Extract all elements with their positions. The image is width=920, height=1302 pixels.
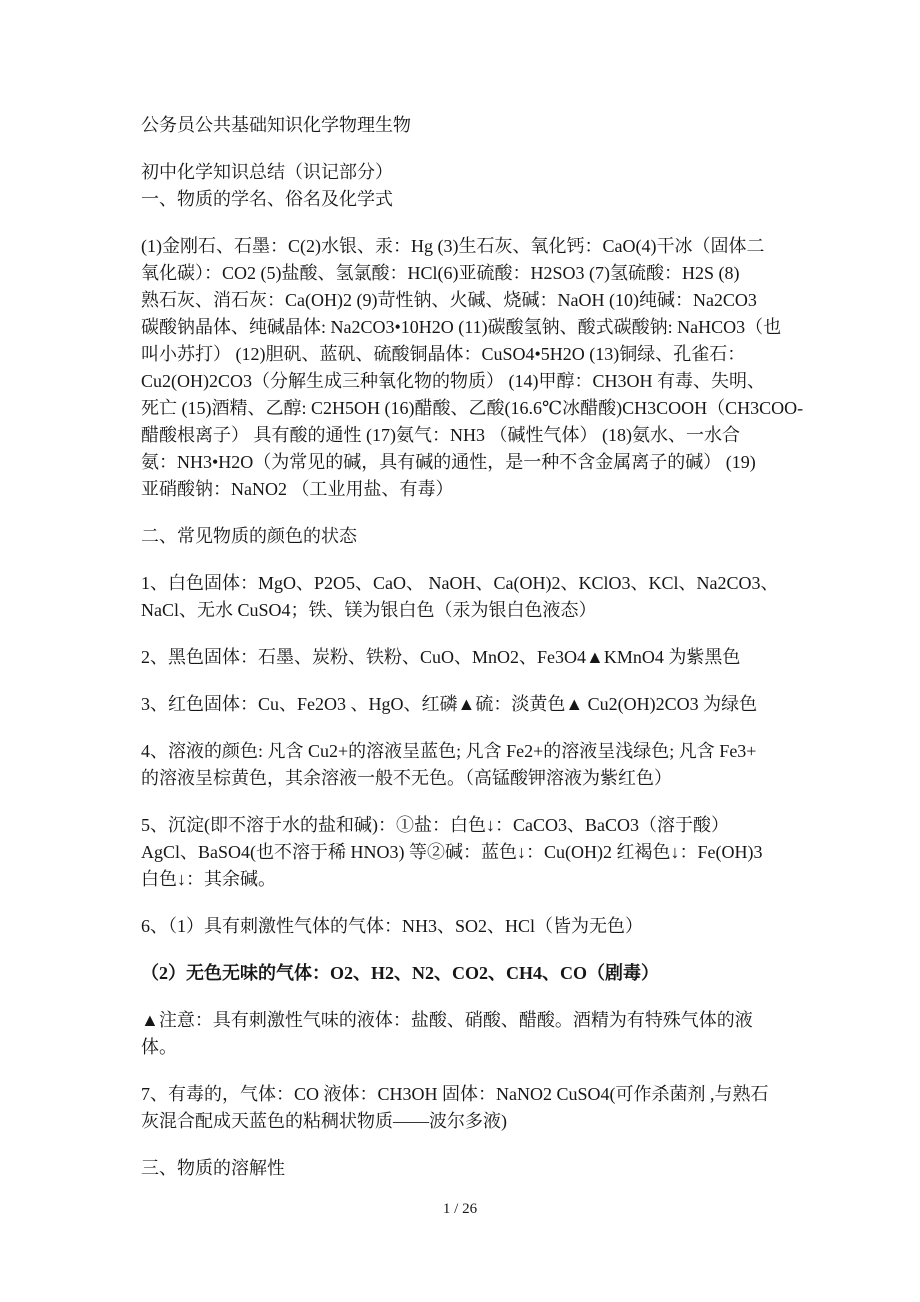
item-toxic-substances: 7、有毒的，气体：CO 液体：CH3OH 固体：NaNO2 CuSO4(可作杀菌…	[141, 1081, 841, 1135]
document-title: 公务员公共基础知识化学物理生物	[141, 112, 841, 139]
document-content: 公务员公共基础知识化学物理生物 初中化学知识总结（识记部分） 一、物质的学名、俗…	[141, 112, 841, 1202]
subtitle-and-section-heading-names: 初中化学知识总结（识记部分） 一、物质的学名、俗名及化学式	[141, 159, 841, 213]
page-number: 1 / 26	[0, 1199, 920, 1219]
item-black-solids: 2、黑色固体：石墨、炭粉、铁粉、CuO、MnO2、Fe3O4▲KMnO4 为紫黑…	[141, 644, 841, 671]
item-irritating-gases: 6、（1）具有刺激性气体的气体：NH3、SO2、HCl（皆为无色）	[141, 913, 841, 940]
item-precipitates: 5、沉淀(即不溶于水的盐和碱)：①盐：白色↓：CaCO3、BaCO3（溶于酸） …	[141, 812, 841, 893]
item-colorless-odorless-gases: （2）无色无味的气体：O2、H2、N2、CO2、CH4、CO（剧毒）	[141, 960, 841, 987]
section-heading-colors-states: 二、常见物质的颜色的状态	[141, 523, 841, 550]
paragraph-names-and-formulas: (1)金刚石、石墨：C(2)水银、汞：Hg (3)生石灰、氧化钙：CaO(4)干…	[141, 233, 841, 503]
note-irritating-liquids: ▲注意：具有刺激性气味的液体：盐酸、硝酸、醋酸。酒精为有特殊气体的液 体。	[141, 1007, 841, 1061]
document-page: 公务员公共基础知识化学物理生物 初中化学知识总结（识记部分） 一、物质的学名、俗…	[0, 0, 920, 1302]
item-red-solids: 3、红色固体：Cu、Fe2O3 、HgO、红磷▲硫：淡黄色▲ Cu2(OH)2C…	[141, 691, 841, 718]
item-white-solids: 1、白色固体：MgO、P2O5、CaO、 NaOH、Ca(OH)2、KClO3、…	[141, 570, 841, 624]
section-heading-solubility: 三、物质的溶解性	[141, 1155, 841, 1182]
item-solution-colors: 4、溶液的颜色: 凡含 Cu2+的溶液呈蓝色; 凡含 Fe2+的溶液呈浅绿色; …	[141, 738, 841, 792]
